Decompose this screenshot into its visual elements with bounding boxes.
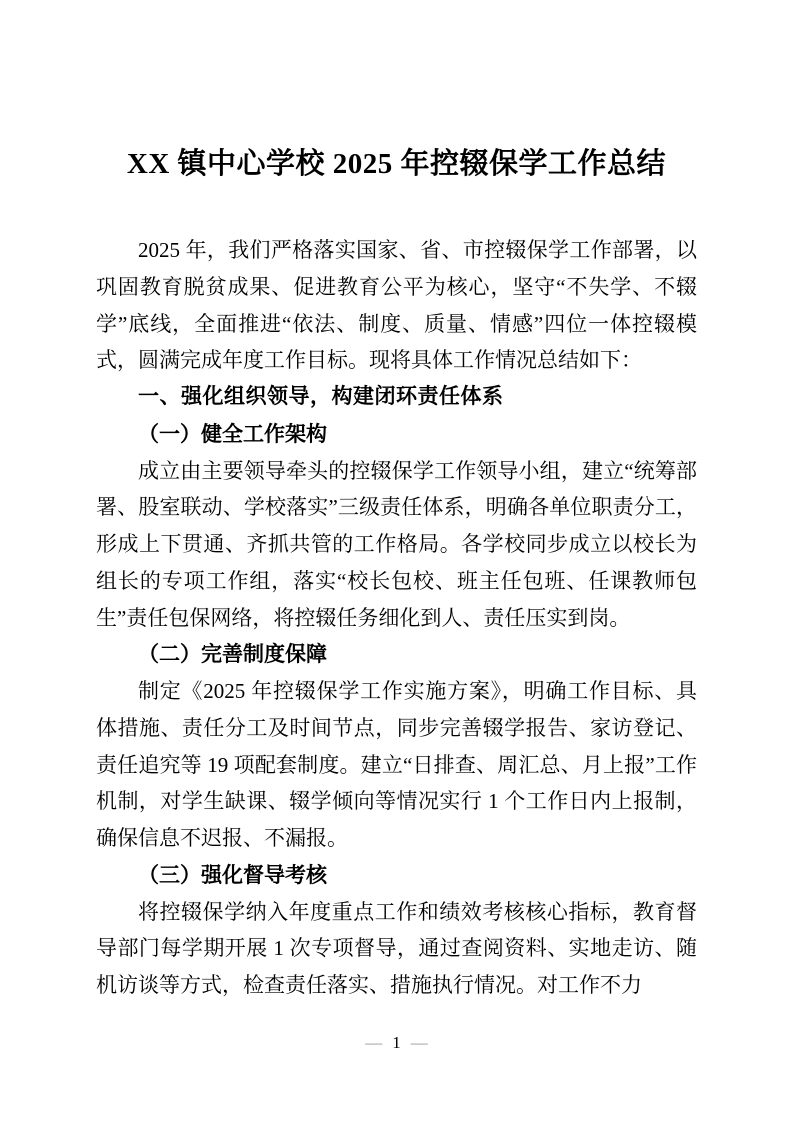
doc-paragraph: 成立由主要领导牵头的控辍保学工作领导小组，建立“统筹部署、股室联动、学校落实”三… (96, 453, 697, 637)
footer-dash-left: — (365, 1033, 382, 1052)
document-page: XX 镇中心学校 2025 年控辍保学工作总结 2025 年，我们严格落实国家、… (0, 0, 793, 1122)
doc-paragraph: 将控辍保学纳入年度重点工作和绩效考核核心指标，教育督导部门每学期开展 1 次专项… (96, 894, 697, 1004)
subsection-heading: （三）强化督导考核 (96, 857, 697, 894)
footer-dash-right: — (411, 1033, 428, 1052)
section-heading: 一、强化组织领导，构建闭环责任体系 (96, 379, 697, 416)
subsection-heading: （一）健全工作架构 (96, 416, 697, 453)
doc-paragraph: 制定《2025 年控辍保学工作实施方案》，明确工作目标、具体措施、责任分工及时间… (96, 673, 697, 857)
subsection-heading: （二）完善制度保障 (96, 636, 697, 673)
page-footer: —1— (0, 1031, 793, 1055)
document-title: XX 镇中心学校 2025 年控辍保学工作总结 (80, 141, 713, 187)
page-number: 1 (392, 1033, 401, 1052)
doc-paragraph: 2025 年，我们严格落实国家、省、市控辍保学工作部署，以巩固教育脱贫成果、促进… (96, 232, 697, 379)
document-body: 2025 年，我们严格落实国家、省、市控辍保学工作部署，以巩固教育脱贫成果、促进… (96, 232, 697, 1004)
